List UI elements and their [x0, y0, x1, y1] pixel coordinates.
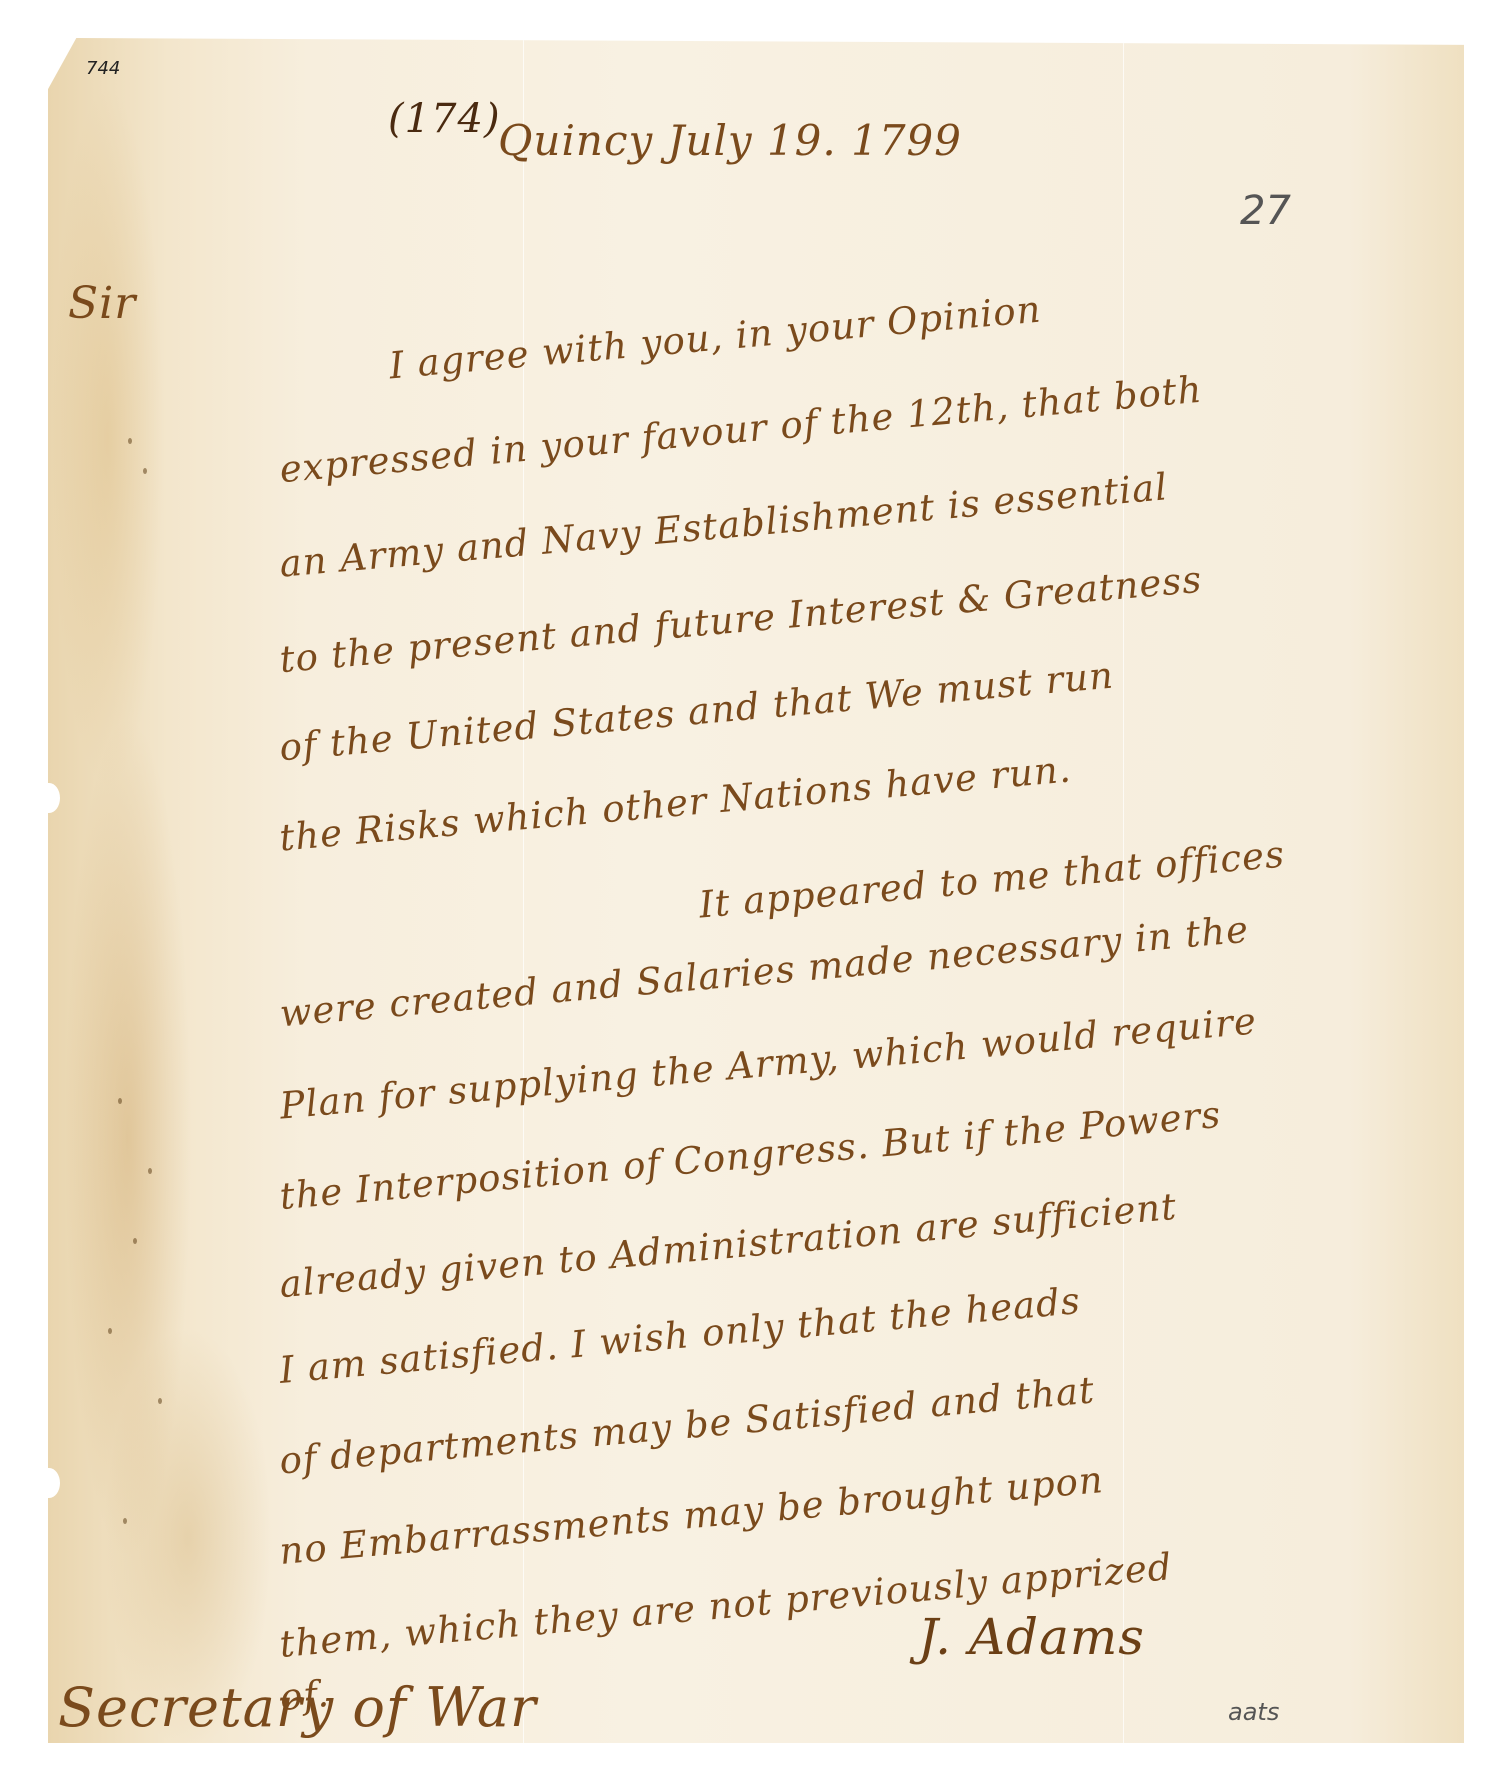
pencil-note: aats — [1228, 1698, 1279, 1726]
body-line: the Risks which other Nations have run. — [278, 747, 1073, 859]
archive-number: 744 — [86, 58, 120, 79]
fold-line — [523, 38, 524, 1743]
pencil-number: 27 — [1240, 188, 1291, 234]
dateline: Quincy July 19. 1799 — [498, 116, 962, 165]
body-line: I am satisfied. I wish only that the hea… — [278, 1279, 1083, 1392]
item-number: (174) — [388, 96, 501, 142]
body-line: I agree with you, in your Opinion — [387, 288, 1043, 388]
salutation: Sir — [68, 278, 136, 329]
addressee: Secretary of War — [58, 1676, 537, 1739]
paper-notch — [38, 783, 60, 813]
fold-line — [1123, 38, 1124, 1743]
body-line: of departments may be Satisfied and that — [278, 1368, 1097, 1482]
body-line: no Embarrassments may be brought upon — [278, 1458, 1106, 1573]
body-line: an Army and Navy Establishment is essent… — [278, 465, 1170, 586]
body-line: expressed in your favour of the 12th, th… — [278, 368, 1204, 492]
body-line: of the United States and that We must ru… — [278, 654, 1116, 770]
letter-sheet: 744 (174) Quincy July 19. 1799 27 Sir I … — [48, 38, 1464, 1743]
paper-notch — [38, 1468, 60, 1498]
signature: J. Adams — [918, 1608, 1145, 1666]
